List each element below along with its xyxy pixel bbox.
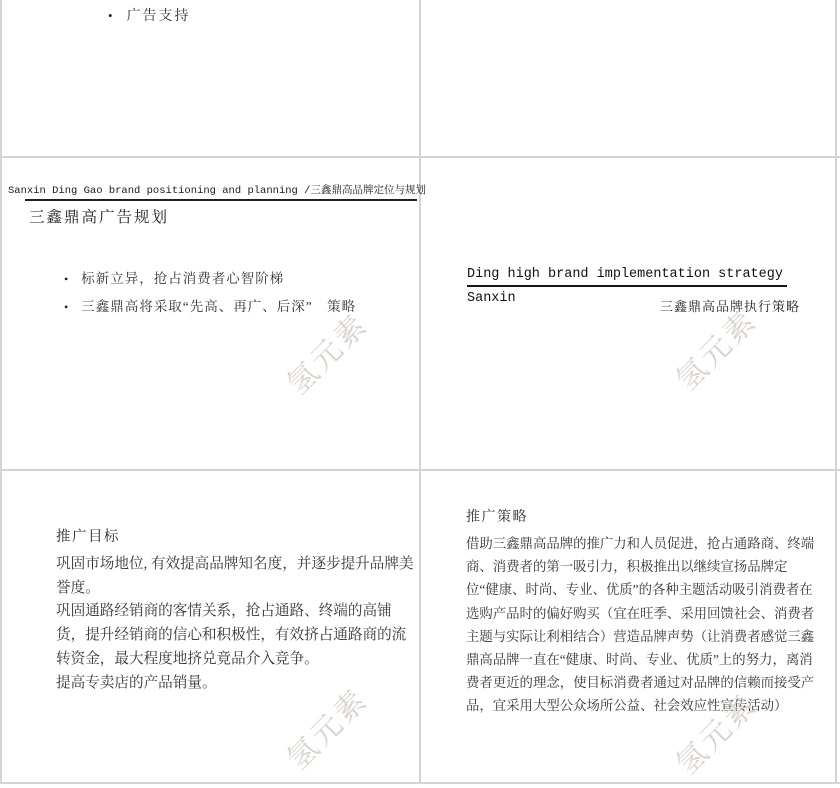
slide-cell-implementation-strategy: Ding high brand implementation strategy … — [420, 157, 840, 470]
slide-title-english-line1: Ding high brand implementation strategy — [467, 267, 787, 287]
slide-cell-promo-strategy: 推广策略 借助三鑫鼎高品牌的推广力和人员促进，抢占通路商、终端商、消费者的第一吸… — [420, 470, 840, 784]
bullet-item-ad-support: 广告支持 — [108, 5, 191, 25]
slide-header-title: Sanxin Ding Gao brand positioning and pl… — [8, 182, 426, 197]
slide-heading: 推广目标 — [56, 525, 120, 546]
paragraph: 巩固市场地位, 有效提高品牌知名度，并逐步提升品牌美誉度。 — [56, 553, 414, 600]
slide-cell-top-right-empty — [420, 0, 840, 157]
slide-cell-brand-positioning: Sanxin Ding Gao brand positioning and pl… — [0, 157, 420, 470]
slide-cell-top-left: 广告支持 — [0, 0, 420, 157]
bullet-list: 标新立异，抢占消费者心智阶梯 三鑫鼎高将采取“先高、再广、后深” 策略 — [64, 265, 356, 321]
bullet-item: 三鑫鼎高将采取“先高、再广、后深” 策略 — [64, 293, 356, 321]
slide-body-text: 借助三鑫鼎高品牌的推广力和人员促进，抢占通路商、终端商、消费者的第一吸引力，积极… — [466, 532, 818, 718]
slide-cell-promo-goals: 推广目标 巩固市场地位, 有效提高品牌知名度，并逐步提升品牌美誉度。 巩固通路经… — [0, 470, 420, 784]
slide-header-underline — [25, 199, 417, 201]
paragraph: 巩固通路经销商的客情关系，抢占通路、终端的高铺货，提升经销商的信心和积极性，有效… — [56, 600, 414, 671]
slide-body-text: 巩固市场地位, 有效提高品牌知名度，并逐步提升品牌美誉度。 巩固通路经销商的客情… — [56, 553, 414, 695]
slides-handout-page: 广告支持 Sanxin Ding Gao brand positioning a… — [0, 0, 840, 788]
slide-title-english-line2: Sanxin — [467, 291, 516, 306]
slide-title-chinese: 三鑫鼎高品牌执行策略 — [660, 296, 800, 315]
slide-subtitle: 三鑫鼎高广告规划 — [29, 205, 169, 227]
paragraph: 提高专卖店的产品销量。 — [56, 672, 414, 696]
slide-heading: 推广策略 — [466, 506, 528, 526]
bullet-item: 标新立异，抢占消费者心智阶梯 — [64, 265, 356, 293]
